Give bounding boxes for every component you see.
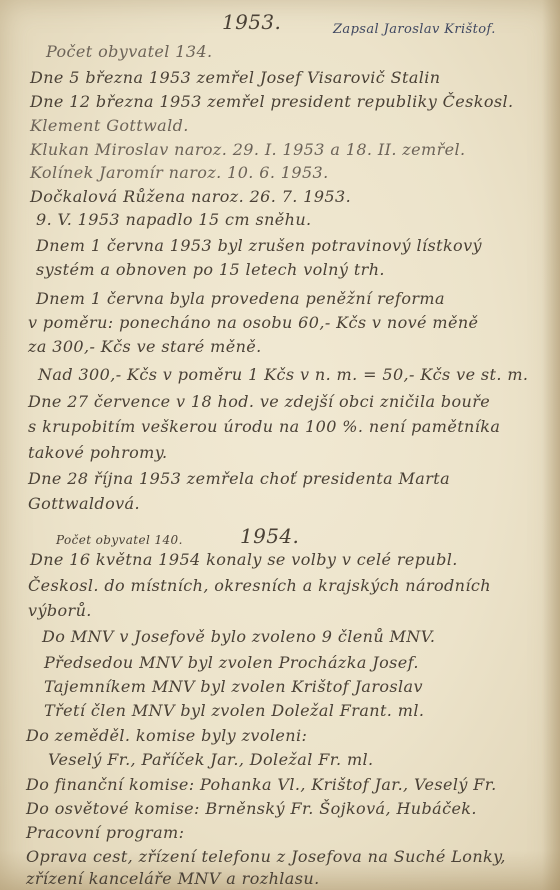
entry-line: Veselý Fr., Paříček Jar., Doležal Fr. ml…: [48, 750, 374, 769]
entry-line: výborů.: [28, 601, 92, 620]
entry-line: 9. V. 1953 napadlo 15 cm sněhu.: [36, 210, 312, 229]
entry-line: Kolínek Jaromír naroz. 10. 6. 1953.: [30, 163, 329, 182]
entry-line: zřízení kanceláře MNV a rozhlasu.: [26, 869, 320, 888]
entry-line: Dnem 1 června 1953 byl zrušen potravinov…: [36, 236, 482, 255]
entry-line: Předsedou MNV byl zvolen Procházka Josef…: [44, 653, 419, 672]
entry-line: v poměru: ponecháno na osobu 60,- Kčs v …: [28, 313, 478, 332]
entry-line: Dne 12 března 1953 zemřel president repu…: [30, 92, 514, 111]
entry-line: Dočkalová Růžena naroz. 26. 7. 1953.: [30, 187, 351, 206]
entry-line: Dne 16 května 1954 konaly se volby v cel…: [30, 550, 458, 569]
entry-line: Tajemníkem MNV byl zvolen Krištof Jarosl…: [44, 677, 423, 696]
population-1953: Počet obyvatel 134.: [46, 42, 213, 61]
entry-line: systém a obnoven po 15 letech volný trh.: [36, 260, 385, 279]
entry-line: takové pohromy.: [28, 443, 168, 462]
entry-line: Do MNV v Josefově bylo zvoleno 9 členů M…: [42, 627, 435, 646]
entry-line: Do finanční komise: Pohanka Vl., Krištof…: [26, 775, 497, 794]
handwritten-chronicle-page: 1953. Zapsal Jaroslav Krištof. Počet oby…: [0, 0, 560, 890]
entry-line: Dne 5 března 1953 zemřel Josef Visarovič…: [30, 68, 441, 87]
entry-line: Klukan Miroslav naroz. 29. I. 1953 a 18.…: [30, 140, 466, 159]
author-signature: Zapsal Jaroslav Krištof.: [333, 22, 496, 37]
entry-line: Dne 28 října 1953 zemřela choť president…: [28, 469, 450, 488]
entry-line: za 300,- Kčs ve staré měně.: [28, 337, 262, 356]
paper-edge-shadow: [542, 0, 560, 890]
entry-line: Do zeměděl. komise byly zvoleni:: [26, 726, 307, 745]
entry-line: Klement Gottwald.: [30, 116, 189, 135]
entry-line: Pracovní program:: [26, 823, 184, 842]
entry-line: Do osvětové komise: Brněnský Fr. Šojková…: [26, 799, 477, 818]
year-heading-1953: 1953.: [222, 10, 281, 34]
entry-line: Oprava cest, zřízení telefonu z Josefova…: [26, 847, 506, 866]
population-1954: Počet obyvatel 140.: [56, 533, 183, 547]
entry-line: Dne 27 července v 18 hod. ve zdejší obci…: [28, 392, 490, 411]
entry-line: Gottwaldová.: [28, 494, 140, 513]
year-heading-1954: 1954.: [240, 524, 299, 548]
entry-line: Nad 300,- Kčs v poměru 1 Kčs v n. m. = 5…: [38, 365, 528, 384]
entry-line: Českosl. do místních, okresních a krajsk…: [28, 576, 491, 595]
entry-line: Dnem 1 června byla provedena peněžní ref…: [36, 289, 445, 308]
entry-line: s krupobitím veškerou úrodu na 100 %. ne…: [28, 417, 500, 436]
entry-line: Třetí člen MNV byl zvolen Doležal Frant.…: [44, 701, 424, 720]
